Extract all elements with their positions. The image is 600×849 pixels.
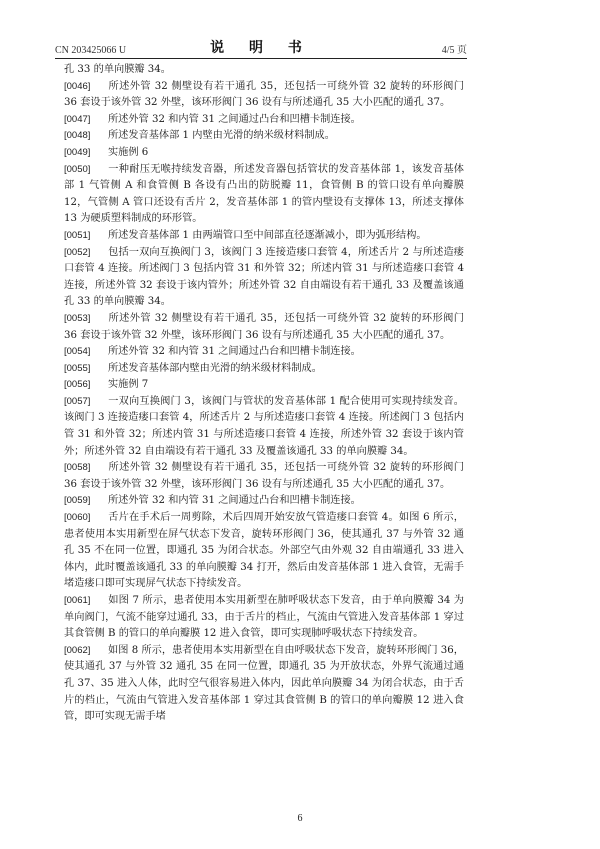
paragraph-text: 一种耐压无喉持续发音器，所述发音器包括管状的发音基体部 1，该发音基体部 1 气… xyxy=(64,164,464,225)
paragraph: [0061]如图 7 所示，患者使用本实用新型在肺呼吸状态下发音，由于单向膜瓣 … xyxy=(64,593,464,643)
paragraph-text: 所述外管 32 和内管 31 之间通过凸台和凹槽卡制连接。 xyxy=(108,346,361,357)
document-page: CN 203425066 U 说 明 书 4/5 页 孔 33 的单向膜瓣 34… xyxy=(0,0,600,849)
paragraph-number: [0056] xyxy=(64,377,108,394)
document-title: 说 明 书 xyxy=(55,37,467,57)
paragraph-text: 如图 7 所示，患者使用本实用新型在肺呼吸状态下发音，由于单向膜瓣 34 为单向… xyxy=(64,595,464,639)
paragraph: [0062]如图 8 所示，患者使用本实用新型在自由呼吸状态下发音，旋转环形阀门… xyxy=(64,643,464,726)
paragraph: [0049]实施例 6 xyxy=(64,145,464,162)
paragraph-text: 所述发音基体部内壁由光滑的纳米级材料制成。 xyxy=(108,363,322,374)
paragraph: [0057]一双向互换阀门 3，该阀门与管状的发音基体部 1 配合使用可实现持续… xyxy=(64,394,464,460)
page-indicator: 4/5 页 xyxy=(442,41,467,56)
paragraph-text: 如图 8 所示，患者使用本实用新型在自由呼吸状态下发音，旋转环形阀门 36，使其… xyxy=(64,645,464,722)
paragraph-number: [0052] xyxy=(64,245,108,262)
document-body: 孔 33 的单向膜瓣 34。 [0046]所述外管 32 侧壁设有若干通孔 35… xyxy=(64,62,464,726)
paragraph-number: [0055] xyxy=(64,361,108,378)
paragraph: [0059]所述外管 32 和内管 31 之间通过凸台和凹槽卡制连接。 xyxy=(64,493,464,510)
paragraph-number: [0058] xyxy=(64,460,108,477)
page-header: CN 203425066 U 说 明 书 4/5 页 xyxy=(55,36,467,59)
paragraph-text: 所述外管 32 侧壁设有若干通孔 35，还包括一可绕外管 32 旋转的环形阀门 … xyxy=(64,462,464,490)
paragraph: [0047]所述外管 32 和内管 31 之间通过凸台和凹槽卡制连接。 xyxy=(64,112,464,129)
paragraph-number: [0061] xyxy=(64,593,108,610)
paragraph: [0052]包括一双向互换阀门 3，该阀门 3 连接造瘘口套管 4，所述舌片 2… xyxy=(64,245,464,311)
paragraph-text: 所述外管 32 侧壁设有若干通孔 35，还包括一可绕外管 32 旋转的环形阀门 … xyxy=(64,313,464,341)
paragraph-number: [0062] xyxy=(64,643,108,660)
page-footer: 6 xyxy=(0,813,600,824)
paragraph-text: 包括一双向互换阀门 3，该阀门 3 连接造瘘口套管 4，所述舌片 2 与所述造瘘… xyxy=(64,247,464,308)
continuation-text: 孔 33 的单向膜瓣 34。 xyxy=(64,62,464,79)
paragraph: [0054]所述外管 32 和内管 31 之间通过凸台和凹槽卡制连接。 xyxy=(64,344,464,361)
paragraph-number: [0046] xyxy=(64,79,108,96)
paragraph: [0046]所述外管 32 侧壁设有若干通孔 35，还包括一可绕外管 32 旋转… xyxy=(64,79,464,112)
page-number: 6 xyxy=(298,813,303,824)
paragraph: [0048]所述发音基体部 1 内壁由光滑的纳米级材料制成。 xyxy=(64,128,464,145)
paragraph-number: [0053] xyxy=(64,311,108,328)
paragraph: [0053]所述外管 32 侧壁设有若干通孔 35，还包括一可绕外管 32 旋转… xyxy=(64,311,464,344)
paragraph-number: [0054] xyxy=(64,344,108,361)
paragraph-text: 舌片在手术后一周剪除，术后四周开始安放气管造瘘口套管 4。如图 6 所示，患者使… xyxy=(64,512,464,589)
paragraph-number: [0047] xyxy=(64,112,108,129)
paragraph-number: [0060] xyxy=(64,510,108,527)
paragraph-text: 实施例 7 xyxy=(108,379,148,390)
paragraph-number: [0048] xyxy=(64,128,108,145)
paragraph: [0050]一种耐压无喉持续发音器，所述发音器包括管状的发音基体部 1，该发音基… xyxy=(64,162,464,228)
paragraph-text: 所述外管 32 和内管 31 之间通过凸台和凹槽卡制连接。 xyxy=(108,114,361,125)
paragraph: [0055]所述发音基体部内壁由光滑的纳米级材料制成。 xyxy=(64,361,464,378)
paragraph-text: 所述发音基体部 1 由两端管口至中间部直径逐渐减小，即为弧形结构。 xyxy=(108,230,427,241)
paragraph-number: [0057] xyxy=(64,394,108,411)
paragraph-number: [0050] xyxy=(64,162,108,179)
paragraph-number: [0059] xyxy=(64,493,108,510)
paragraph-text: 所述外管 32 侧壁设有若干通孔 35，还包括一可绕外管 32 旋转的环形阀门 … xyxy=(64,81,464,109)
paragraph: [0058]所述外管 32 侧壁设有若干通孔 35，还包括一可绕外管 32 旋转… xyxy=(64,460,464,493)
paragraph-text: 实施例 6 xyxy=(108,147,148,158)
paragraph-number: [0051] xyxy=(64,228,108,245)
paragraph: [0051]所述发音基体部 1 由两端管口至中间部直径逐渐减小，即为弧形结构。 xyxy=(64,228,464,245)
paragraph-text: 所述外管 32 和内管 31 之间通过凸台和凹槽卡制连接。 xyxy=(108,495,361,506)
paragraph-text: 所述发音基体部 1 内壁由光滑的纳米级材料制成。 xyxy=(108,130,335,141)
paragraph: [0056]实施例 7 xyxy=(64,377,464,394)
paragraph-text: 一双向互换阀门 3，该阀门与管状的发音基体部 1 配合使用可实现持续发音。该阀门… xyxy=(64,396,464,457)
paragraph-number: [0049] xyxy=(64,145,108,162)
paragraph-list: [0046]所述外管 32 侧壁设有若干通孔 35，还包括一可绕外管 32 旋转… xyxy=(64,79,464,726)
paragraph: [0060]舌片在手术后一周剪除，术后四周开始安放气管造瘘口套管 4。如图 6 … xyxy=(64,510,464,593)
